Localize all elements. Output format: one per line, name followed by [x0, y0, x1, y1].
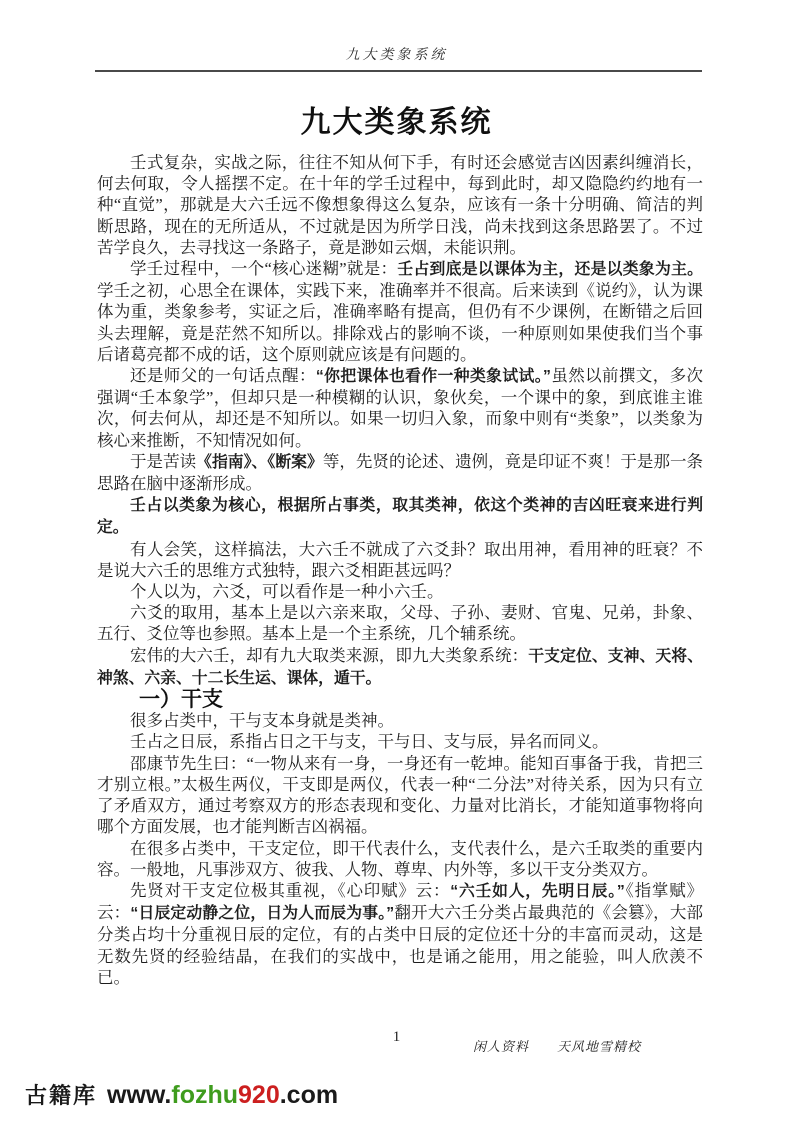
- text-run: 学壬之初，心思全在课体，实践下来，准确率并不很高。后来读到《说约》，认为课体为重…: [97, 281, 703, 364]
- text-run: 先贤对干支定位极其重视，《心印赋》云：: [130, 881, 450, 900]
- bold-text-run: “你把课体也看作一种类象试试。”: [316, 368, 551, 385]
- paragraph: 学壬过程中，一个“核心迷糊”就是：壬占到底是以课体为主，还是以类象为主。学壬之初…: [97, 258, 703, 365]
- header-rule: [95, 70, 702, 72]
- text-run: 于是苦读: [130, 452, 196, 471]
- text-run: 还是师父的一句话点醒：: [130, 366, 316, 385]
- bold-text-run: 《指南》、《断案》: [196, 454, 323, 471]
- text-run: 在很多占类中，干支定位，即干代表什么，支代表什么，是六壬取类的重要内容。一般地，…: [97, 839, 703, 879]
- footer-credit: 闲人资料 天风地雪精校: [473, 1036, 641, 1055]
- section-heading: 一）干支: [97, 689, 703, 710]
- paragraph: 宏伟的大六壬，却有九大取类来源，即九大类象系统：干支定位、支神、天将、神煞、六亲…: [97, 645, 703, 689]
- intro-paragraphs: 壬式复杂，实战之际，往往不知从何下手，有时还会感觉吉凶因素纠缠消长，何去何取，令…: [97, 152, 703, 689]
- text-run: 学壬过程中，一个“核心迷糊”就是：: [130, 259, 397, 278]
- watermark-site-name: 古籍库: [25, 1083, 97, 1108]
- text-run: 邵康节先生曰：“一物从来有一身，一身还有一乾坤。能知百事备于我，肯把三才别立根。…: [97, 754, 703, 837]
- bold-text-run: 壬占以类象为核心，根据所占事类，取其类神，依这个类神的吉凶旺衰来进行判定。: [97, 497, 703, 536]
- paragraph: 很多占类中，干与支本身就是类神。: [97, 710, 703, 731]
- text-run: 个人以为，六爻，可以看作是一种小六壬。: [130, 582, 444, 601]
- paragraph: 于是苦读《指南》、《断案》等，先贤的论述、遗例，竟是印证不爽！于是那一条思路在脑…: [97, 451, 703, 494]
- text-run: 很多占类中，干与支本身就是类神。: [130, 711, 394, 730]
- section1-paragraphs: 很多占类中，干与支本身就是类神。壬占之日辰，系指占日之干与支，干与日、支与辰，异…: [97, 710, 703, 988]
- paragraph: 邵康节先生曰：“一物从来有一身，一身还有一乾坤。能知百事备于我，肯把三才别立根。…: [97, 753, 703, 838]
- paragraph: 壬式复杂，实战之际，往往不知从何下手，有时还会感觉吉凶因素纠缠消长，何去何取，令…: [97, 152, 703, 258]
- watermark-domain-green: fozhu: [171, 1081, 238, 1109]
- text-run: 壬占之日辰，系指占日之干与支，干与日、支与辰，异名而同义。: [130, 732, 609, 751]
- paragraph: 个人以为，六爻，可以看作是一种小六壬。: [97, 581, 703, 602]
- bold-text-run: 壬占到底是以课体为主，还是以类象为主。: [397, 261, 703, 278]
- text-run: 宏伟的大六壬，却有九大取类来源，即九大类象系统：: [130, 646, 528, 665]
- paragraph: 壬占以类象为核心，根据所占事类，取其类神，依这个类神的吉凶旺衰来进行判定。: [97, 494, 703, 538]
- paragraph: 壬占之日辰，系指占日之干与支，干与日、支与辰，异名而同义。: [97, 731, 703, 752]
- bold-text-run: “日辰定动静之位，日为人而辰为事。”: [130, 905, 394, 922]
- running-header-title: 九大类象系统: [0, 44, 793, 64]
- text-run: 有人会笑，这样搞法，大六壬不就成了六爻卦？取出用神，看用神的旺衰？不是说大六壬的…: [97, 540, 703, 580]
- paragraph: 先贤对干支定位极其重视，《心印赋》云：“六壬如人，先明日辰。”《指掌赋》云：“日…: [97, 880, 703, 988]
- paragraph: 六爻的取用，基本上是以六亲来取，父母、子孙、妻财、官鬼、兄弟，卦象、五行、爻位等…: [97, 602, 703, 644]
- watermark-tld: .com: [280, 1081, 338, 1109]
- paragraph: 还是师父的一句话点醒：“你把课体也看作一种类象试试。”虽然以前撰文，多次强调“壬…: [97, 365, 703, 451]
- text-run: 壬式复杂，实战之际，往往不知从何下手，有时还会感觉吉凶因素纠缠消长，何去何取，令…: [97, 153, 703, 257]
- bold-text-run: “六壬如人，先明日辰。”: [450, 883, 625, 900]
- watermark-domain-red: 920: [238, 1081, 280, 1109]
- watermark-www: www.: [107, 1081, 171, 1109]
- document-body: 壬式复杂，实战之际，往往不知从何下手，有时还会感觉吉凶因素纠缠消长，何去何取，令…: [97, 152, 703, 988]
- document-page: 九大类象系统 九大类象系统 壬式复杂，实战之际，往往不知从何下手，有时还会感觉吉…: [0, 0, 793, 1122]
- paragraph: 有人会笑，这样搞法，大六壬不就成了六爻卦？取出用神，看用神的旺衰？不是说大六壬的…: [97, 539, 703, 581]
- page-number: 1: [0, 1029, 793, 1046]
- page-title: 九大类象系统: [0, 97, 793, 141]
- paragraph: 在很多占类中，干支定位，即干代表什么，支代表什么，是六壬取类的重要内容。一般地，…: [97, 838, 703, 880]
- text-run: 六爻的取用，基本上是以六亲来取，父母、子孙、妻财、官鬼、兄弟，卦象、五行、爻位等…: [97, 603, 703, 643]
- site-watermark: 古籍库www.fozhu920.com: [25, 1081, 338, 1110]
